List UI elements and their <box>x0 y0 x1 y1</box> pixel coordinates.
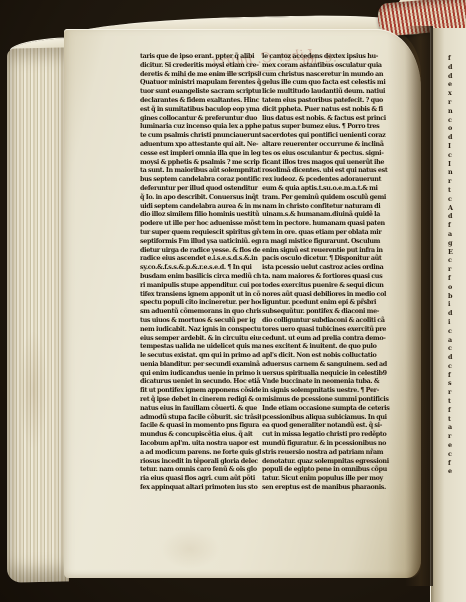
text-line: est q̃ in sumitatibus baculop eop yma <box>140 105 261 114</box>
text-line: sen ereptus est de manibus pharaonis. <box>262 483 404 492</box>
text-line: patus super bumez eius. ¶ Porro tres <box>262 122 404 131</box>
text-line: c <box>448 151 464 160</box>
paper-stain <box>160 529 220 569</box>
text-line: x <box>448 89 464 98</box>
text-line: dio colliguntur subdiaconi & acoliti cã <box>262 316 404 325</box>
text-line: cum christus nasceretur in mundo an <box>262 70 404 79</box>
text-line: E <box>448 248 464 257</box>
text-line: dicitur. Si crederitis moysi etiam cre- <box>140 61 261 70</box>
text-line: pcessionibus aliqua subiciamus. In qui <box>262 413 404 422</box>
text-line: deretis & mihi de me enim ille scripsit <box>140 70 261 79</box>
text-line: q̃ Io. in apo describit. Conuersus inq̃t <box>140 193 261 202</box>
text-line: f <box>448 54 464 63</box>
text-line: ri manipulis stupe appenditur. cui pon <box>140 281 261 290</box>
text-line: bus septem candelabra coraz pontifice <box>140 175 261 184</box>
text-line: moysi & pphetis & psalmis ? me scrip <box>140 158 261 167</box>
text-column-left: taris que de ipso erant. ppter q̃ alibid… <box>140 52 261 492</box>
text-line: A <box>448 204 464 213</box>
text-line: le secutus existat. qm qui in primo ad <box>140 351 261 360</box>
text-line: rex iudeoz. & pcedentes adorauerunt <box>262 175 404 184</box>
text-line: d <box>448 212 464 221</box>
text-line: deferuntur per illud quod ostenditur <box>140 184 261 193</box>
text-line: enim signũ est reuerentie put infra in <box>262 246 404 255</box>
text-line: licie multitudo laudantiũ deum. natiui <box>262 87 404 96</box>
text-line: liguntur. pcedunt enim epi & pr̃sbri <box>262 298 404 307</box>
text-line: busdam enim basilicis circa mediũ cho <box>140 272 261 281</box>
text-line: c <box>448 116 464 125</box>
text-line: f <box>448 406 464 415</box>
text-line: dietur uirga de radice yesse. & flos de <box>140 246 261 255</box>
text-line: Quatuor ministri mapulam ferentes q̃ <box>140 78 261 87</box>
text-line: o <box>448 124 464 133</box>
text-line: tatem eius pastoribus patefecit. ? quo <box>262 96 404 105</box>
text-column-right: le cantoz accedens dextex ipsius hu-mex … <box>262 52 404 492</box>
text-line: c <box>448 450 464 459</box>
text-line: nores aũt quasi debiliores in medio col <box>262 290 404 299</box>
text-line: riosus incedit in tẽporali gloria delec <box>140 457 261 466</box>
text-line: ria eius quasi flos agri. cum aũt põti <box>140 474 261 483</box>
text-line: mundus & concupiscẽtia eius. q̃ ait <box>140 430 261 439</box>
text-line: sm aduentũ cõmemorans in quo chris <box>140 307 261 316</box>
text-line: dio illoz similem filio hominis uestitũ <box>140 210 261 219</box>
text-line: nem iudicabit. Naz ignis in conspectu <box>140 325 261 334</box>
text-line: Inde etiam occasione sumpta de ceteris <box>262 404 404 413</box>
text-line: tram. Per geminũ quidem osculũ gemi <box>262 193 404 202</box>
text-line: e <box>448 441 464 450</box>
text-line: denotatur. quaz solempnitas egressioni <box>262 457 404 466</box>
text-line: a <box>448 423 464 432</box>
text-line: t <box>448 397 464 406</box>
text-line: cedunt. ut eum ad prelia contra demo- <box>262 334 404 343</box>
text-line: septiformis Fm illud ysa uaticiniũ. egre <box>140 237 261 246</box>
text-line: pacis osculo dicetur. ¶ Disponitur aũt <box>262 254 404 263</box>
text-line: cesse est impleri omnia illa que in lege <box>140 149 261 158</box>
text-line: ista pcessio uelut castroz acies ordina <box>262 263 404 272</box>
gutter-shadow <box>405 26 433 586</box>
text-line: tuor sunt euangeliste sacram scripturã <box>140 87 261 96</box>
text-line: n <box>448 107 464 116</box>
text-line: I <box>448 142 464 151</box>
text-line: populi de egipto pene in omnibus cõpu <box>262 465 404 474</box>
text-line: cut in missa legatio christi pro redẽpto <box>262 430 404 439</box>
text-line: le cantoz accedens dextex ipsius hu- <box>262 52 404 61</box>
main-page: Liber C. marci fol. 9. taris que de ipso… <box>64 29 421 578</box>
text-line: in signis solempnitatis uestre. ¶ Per- <box>262 386 404 395</box>
text-line: ficant illos tres magos qui uenerũt ihe <box>262 158 404 167</box>
text-line: d <box>448 353 464 362</box>
facing-page-sliver: fddexrncodIcInrtcAdfagEcrfobidicacdcfsrt… <box>430 28 466 602</box>
text-line: tus uiuos & mortuos & seculũ per ig <box>140 316 261 325</box>
text-line: ta. nam maiores & fortiores quasi cus <box>262 272 404 281</box>
text-line: n <box>448 168 464 177</box>
text-line: eum & quia aptis.t.su.o.e.m.a.t.& mi <box>262 184 404 193</box>
text-line: tur super quem requiescit spiritus gr̃e <box>140 228 261 237</box>
text-line: tifex transiens ignem apponit ut in cõ <box>140 290 261 299</box>
text-line: ta sunt. In maioribus aũt solempnitati <box>140 166 261 175</box>
text-line: podere ut ille per hoc aduenisse mõstre <box>140 219 261 228</box>
text-line: subsequũtur. pontifex & diaconi me- <box>262 307 404 316</box>
text-line: dicit ppheta. Puer natus est nobis & fi <box>262 105 404 114</box>
text-line: c <box>448 256 464 265</box>
text-line: d <box>448 63 464 72</box>
text-line: i <box>448 300 464 309</box>
text-line: c <box>448 344 464 353</box>
text-line: tem in ore. quas etiam per oblata mir <box>262 228 404 237</box>
text-line: tores uero quasi tubicines exercitũ pre <box>262 325 404 334</box>
text-line: r <box>448 265 464 274</box>
text-line: uersus spiritualia nequicie in celestib9 <box>262 369 404 378</box>
text-line: qui enim iudicandus uenie in primo iu <box>140 369 261 378</box>
text-line: nam in christo confitetur naturam di <box>262 202 404 211</box>
text-line: gelus ille cum quo facta est celestis mi <box>262 78 404 87</box>
text-line: c <box>448 195 464 204</box>
text-line: tes os eius osculantur & pectus. signi- <box>262 149 404 158</box>
text-line: fex appinquat altari primoten ius sto <box>140 483 261 492</box>
text-line: r <box>448 98 464 107</box>
text-line: f <box>448 221 464 230</box>
text-line: aduersus carnem & sanguinem. sed ad <box>262 360 404 369</box>
text-line: rosolimã dicentes. ubi est qui natus est <box>262 166 404 175</box>
text-line: facile & quasi in momento pns figura <box>140 421 261 430</box>
text-line: mex coram astantibus osculatur quia <box>262 61 404 70</box>
text-line: sy.co.&.f.s.s.&.p.&.r.e.s.e.d. ¶ In qui <box>140 263 261 272</box>
text-line: t <box>448 415 464 424</box>
text-line: lius datus est nobis. & factus est princ… <box>262 114 404 123</box>
text-line: te cum psalmis christi pnunciauerunt <box>140 131 261 140</box>
text-line: todes exercitus puenire & sequi dicun <box>262 281 404 290</box>
text-line: r <box>448 432 464 441</box>
text-line: r <box>448 388 464 397</box>
text-line: Vnde buccinate in neomenia tuba. & <box>262 377 404 386</box>
text-line: misimus de pcessione summi pontificis <box>262 395 404 404</box>
text-line: luminaria cuz incenso quia lex a pphe <box>140 122 261 131</box>
text-line: ra magi mistice figurarunt. Osculum <box>262 237 404 246</box>
text-line: e <box>448 467 464 476</box>
text-line: admodũ stupa facile cõburit. sic trãsit <box>140 413 261 422</box>
text-line: e <box>448 80 464 89</box>
text-line: taris que de ipso erant. ppter q̃ alibi <box>140 52 261 61</box>
text-line: uinam.s.& humanam.diuinã quidẽ la <box>262 210 404 219</box>
text-line: s <box>448 379 464 388</box>
facing-page-text-fragments: fddexrncodIcInrtcAdfagEcrfobidicacdcfsrt… <box>448 54 464 476</box>
text-line: tatur. Sicut enim populus ille per moy <box>262 474 404 483</box>
text-line: c <box>448 362 464 371</box>
text-line: ret q̃ ipse debet in cinerem redigi & or <box>140 395 261 404</box>
text-line: i <box>448 318 464 327</box>
page-stack-left-edge <box>7 47 69 582</box>
text-line: uidi septem candelabra aurea & in me <box>140 202 261 211</box>
text-line: I <box>448 160 464 169</box>
text-line: sacerdotes qui pontifici uenienti coraz <box>262 131 404 140</box>
text-line: a ad modicum parens. ne forte quis glo <box>140 448 261 457</box>
text-line: altare reuerenter occurrune & inclinã <box>262 140 404 149</box>
text-line: natus eius in fauillam cõuerti. & que <box>140 404 261 413</box>
text-line: uenia blanditur. per secundi examinã <box>140 360 261 369</box>
text-line: f <box>448 274 464 283</box>
text-line: r <box>448 177 464 186</box>
text-line: Iacobum apl'm. uita nostra uapor est <box>140 439 261 448</box>
text-line: radice eius ascendet e.i.s.e.s.d.s.&.in <box>140 254 261 263</box>
text-line: mundũ figuratur. & in pcessionibus no <box>262 439 404 448</box>
text-line: g <box>448 239 464 248</box>
text-line: o <box>448 283 464 292</box>
text-line: dicaturus ueniet in secundo. Hoc etiã <box>140 377 261 386</box>
text-line: ea quod generaliter notandũ est. q̃ si- <box>262 421 404 430</box>
scan-background: { "annotations": { "inscription": "Liber… <box>0 0 466 602</box>
text-line: spectu populi cito incineretur. per hoc <box>140 298 261 307</box>
text-line: d <box>448 309 464 318</box>
text-line: fit ut pontifex ignem apponens cõside <box>140 386 261 395</box>
text-line: aduentum xpo attestante qui ait. Ne- <box>140 140 261 149</box>
text-line: stris reuersio nostra ad patriam nr̃am <box>262 448 404 457</box>
text-line: tempestas ualida ne uidelicet quis ma <box>140 342 261 351</box>
text-line: f <box>448 371 464 380</box>
text-line: apl's dicit. Non est nobis colluctatio <box>262 351 404 360</box>
text-line: f <box>448 459 464 468</box>
text-line: eius semper ardebit. & in circuitu eius <box>140 334 261 343</box>
text-line: tem in pectore. humanam quasi paten <box>262 219 404 228</box>
text-line: c <box>448 327 464 336</box>
book-scan: fddexrncodIcInrtcAdfagEcrfobidicacdcfsrt… <box>0 0 466 602</box>
text-line: b <box>448 292 464 301</box>
text-line: gines collocantur & preferuntur duo <box>140 114 261 123</box>
text-line: a <box>448 230 464 239</box>
text-line: nes excitent & inuitent. de quo pulo <box>262 342 404 351</box>
text-line: a <box>448 336 464 345</box>
text-line: d <box>448 72 464 81</box>
text-line: tetur. nam omnis caro fenũ & oĩs glo <box>140 465 261 474</box>
text-line: declarantes & fidem exaltantes. Hinc <box>140 96 261 105</box>
text-line: d <box>448 133 464 142</box>
text-line: t <box>448 186 464 195</box>
